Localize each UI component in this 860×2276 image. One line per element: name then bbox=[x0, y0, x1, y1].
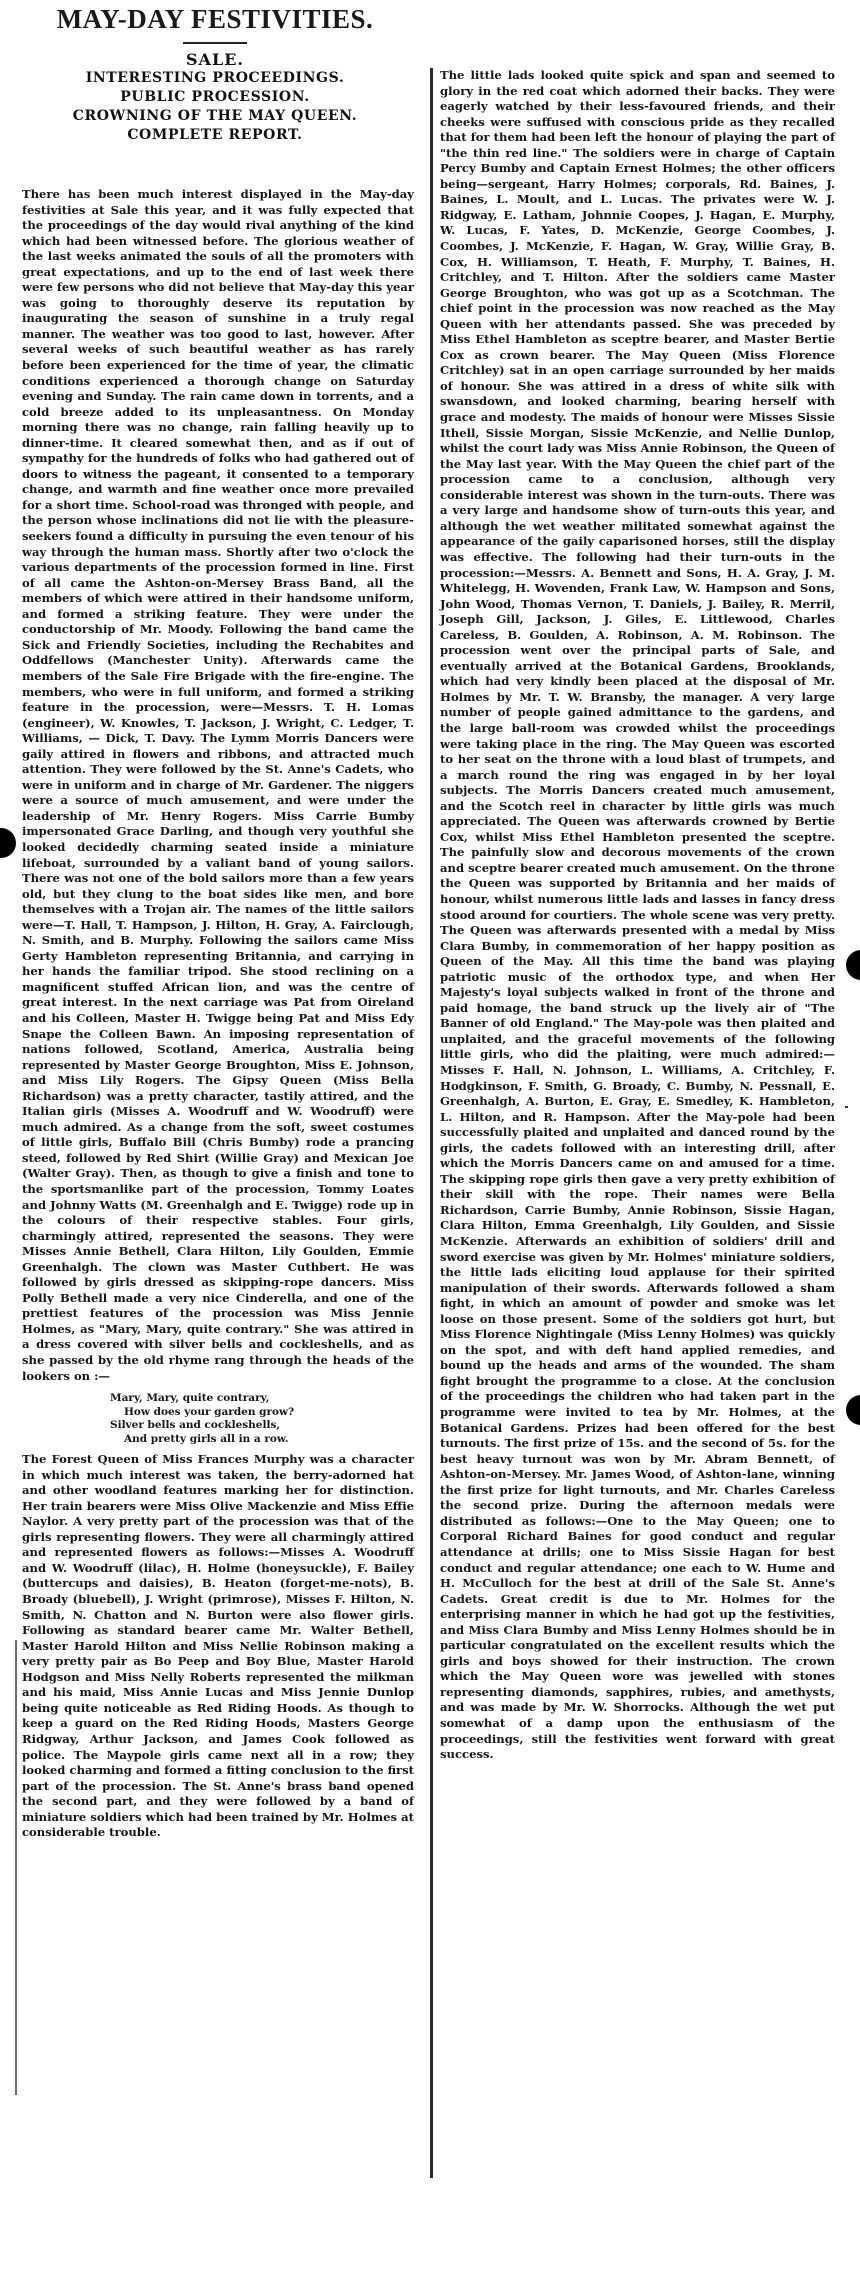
subheading: COMPLETE REPORT. bbox=[0, 126, 430, 145]
print-mark bbox=[845, 1106, 848, 1108]
column-right: The little lads looked quite spick and s… bbox=[440, 68, 835, 1763]
headline: MAY-DAY FESTIVITIES. bbox=[0, 4, 430, 35]
headline-rule bbox=[183, 42, 247, 44]
margin-rule bbox=[15, 1640, 17, 2095]
subheading: INTERESTING PROCEEDINGS. bbox=[0, 69, 430, 88]
column-divider bbox=[430, 68, 433, 2178]
article-paragraph: There has been much interest displayed i… bbox=[22, 187, 414, 1384]
rhyme-line: How does your garden grow? bbox=[110, 1406, 414, 1420]
punch-hole-icon bbox=[0, 828, 16, 858]
rhyme-line: And pretty girls all in a row. bbox=[110, 1433, 414, 1447]
rhyme-line: Mary, Mary, quite contrary, bbox=[110, 1392, 414, 1406]
column-left: There has been much interest displayed i… bbox=[22, 187, 414, 1841]
place-heading: SALE. bbox=[0, 50, 430, 69]
subheadings: SALE. INTERESTING PROCEEDINGS. PUBLIC PR… bbox=[0, 50, 430, 145]
article-paragraph: The little lads looked quite spick and s… bbox=[440, 68, 835, 1763]
punch-hole-icon bbox=[846, 1395, 860, 1425]
punch-hole-icon bbox=[846, 950, 860, 980]
nursery-rhyme: Mary, Mary, quite contrary, How does you… bbox=[110, 1392, 414, 1446]
rhyme-line: Silver bells and cockleshells, bbox=[110, 1419, 414, 1433]
article-paragraph: The Forest Queen of Miss Frances Murphy … bbox=[22, 1452, 414, 1841]
subheading: CROWNING OF THE MAY QUEEN. bbox=[0, 107, 430, 126]
subheading: PUBLIC PROCESSION. bbox=[0, 88, 430, 107]
